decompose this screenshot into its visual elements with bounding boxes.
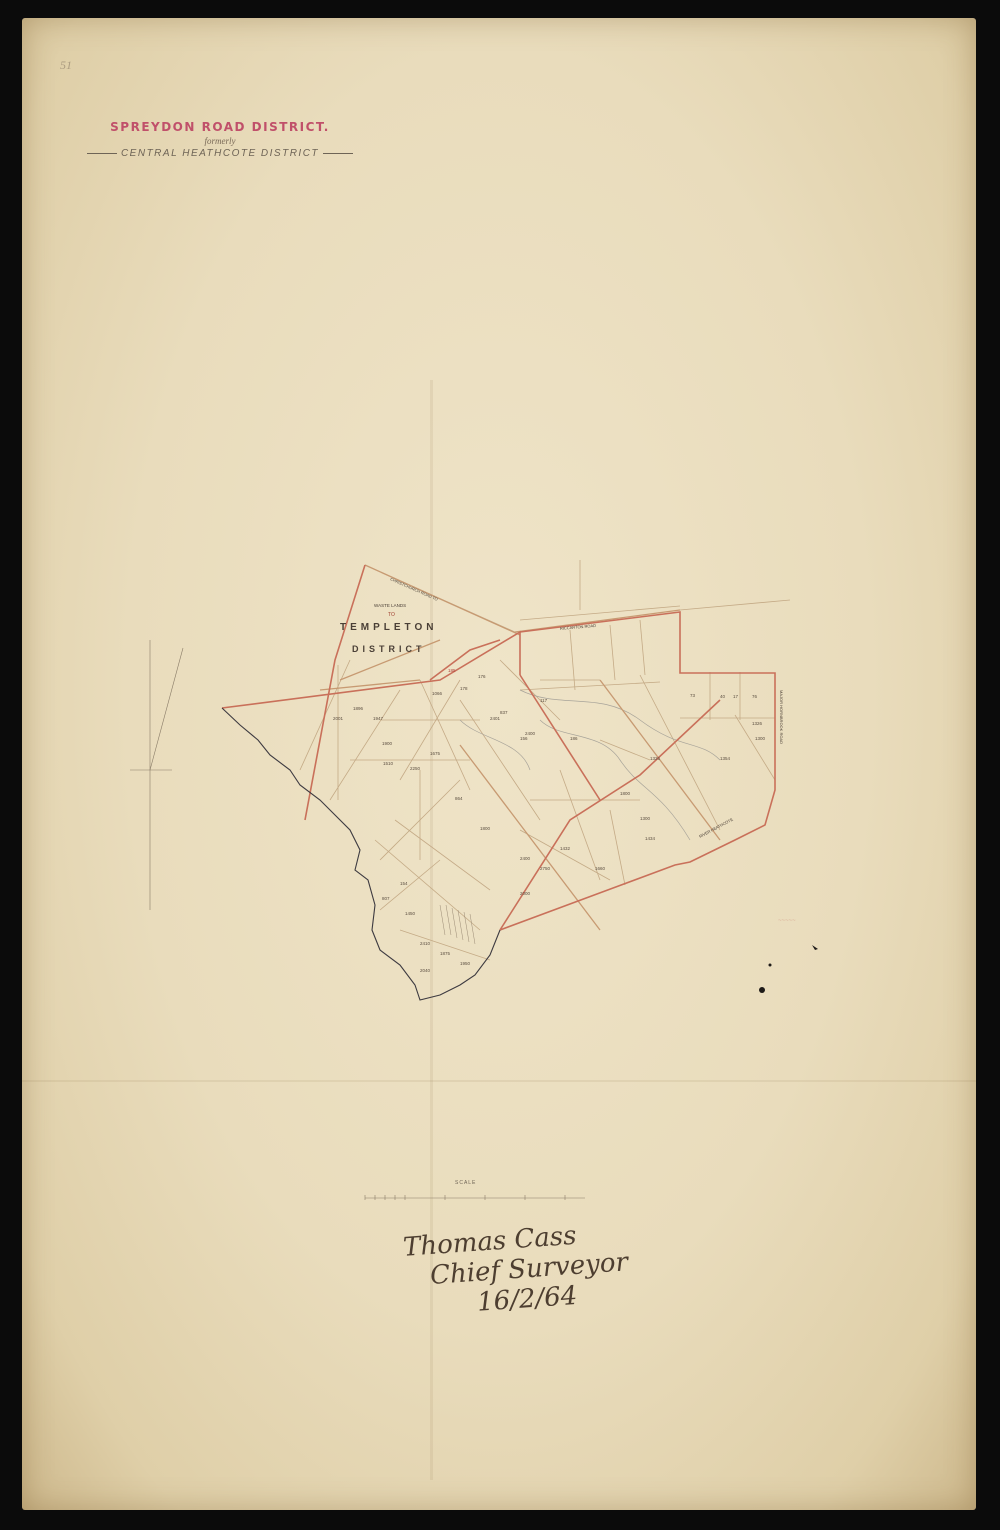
svg-text:1300: 1300 xyxy=(755,736,766,741)
svg-text:1875: 1875 xyxy=(440,951,451,956)
svg-text:178: 178 xyxy=(460,686,468,691)
parcel-number-labels: 185 176 178 1066 837 2401 2400 156 117 1… xyxy=(333,668,766,973)
label-riccarton-road: RICCARTON ROAD xyxy=(560,623,597,631)
svg-text:1066: 1066 xyxy=(432,691,443,696)
svg-text:1950: 1950 xyxy=(460,961,471,966)
map-labels: TEMPLETON DISTRICT WASTE LANDS TO RICCAR… xyxy=(333,576,784,973)
svg-text:2410: 2410 xyxy=(420,941,431,946)
svg-text:1900: 1900 xyxy=(382,741,393,746)
label-district: DISTRICT xyxy=(352,644,426,654)
svg-text:1326: 1326 xyxy=(752,721,763,726)
svg-text:1432: 1432 xyxy=(560,846,571,851)
svg-text:1896: 1896 xyxy=(353,706,364,711)
creek-lines xyxy=(460,690,720,840)
svg-text:2001: 2001 xyxy=(333,716,344,721)
svg-text:1800: 1800 xyxy=(480,826,491,831)
svg-text:1800: 1800 xyxy=(620,791,631,796)
signature: Thomas Cass Chief Surveyor 16/2/64 xyxy=(402,1217,631,1322)
svg-text:1450: 1450 xyxy=(405,911,416,916)
svg-text:2750: 2750 xyxy=(540,866,551,871)
svg-text:1434: 1434 xyxy=(645,836,656,841)
svg-text:1326: 1326 xyxy=(650,756,661,761)
svg-text:156: 156 xyxy=(520,736,528,741)
svg-text:154: 154 xyxy=(400,881,408,886)
label-reserve: TO xyxy=(388,612,395,618)
svg-text:186: 186 xyxy=(570,736,578,741)
scale-label: SCALE xyxy=(455,1180,476,1186)
svg-text:~~~~~: ~~~~~ xyxy=(778,918,796,924)
svg-text:864: 864 xyxy=(455,796,463,801)
svg-text:1300: 1300 xyxy=(640,816,651,821)
svg-text:73: 73 xyxy=(690,693,696,698)
svg-text:117: 117 xyxy=(540,698,548,703)
svg-text:1660: 1660 xyxy=(595,866,606,871)
svg-text:2400: 2400 xyxy=(520,856,531,861)
svg-text:807: 807 xyxy=(382,896,390,901)
svg-text:1510: 1510 xyxy=(383,761,394,766)
svg-text:40: 40 xyxy=(720,694,726,699)
svg-text:1675: 1675 xyxy=(430,751,441,756)
district-boundary xyxy=(222,565,775,930)
label-templeton: TEMPLETON xyxy=(340,622,437,633)
svg-text:2401: 2401 xyxy=(490,716,501,721)
label-waste-lands: WASTE LANDS xyxy=(374,603,406,608)
north-arrow-icon xyxy=(130,640,183,910)
svg-text:185: 185 xyxy=(448,668,456,673)
ink-blots xyxy=(759,945,818,993)
svg-text:2000: 2000 xyxy=(520,891,531,896)
pencil-note: ~~~~~ xyxy=(778,918,796,924)
label-christchurch-road: CHRISTCHURCH ROAD TO xyxy=(390,576,439,601)
svg-text:17: 17 xyxy=(733,694,739,699)
label-east-road: MAJOR HORNBROOK ROAD xyxy=(779,690,784,744)
svg-text:1947: 1947 xyxy=(373,716,384,721)
svg-text:2250: 2250 xyxy=(410,766,421,771)
scale-bar xyxy=(365,1195,585,1200)
svg-text:837: 837 xyxy=(500,710,508,715)
svg-text:2040: 2040 xyxy=(420,968,431,973)
svg-text:76: 76 xyxy=(752,694,758,699)
svg-text:176: 176 xyxy=(478,674,486,679)
svg-text:1354: 1354 xyxy=(720,756,731,761)
